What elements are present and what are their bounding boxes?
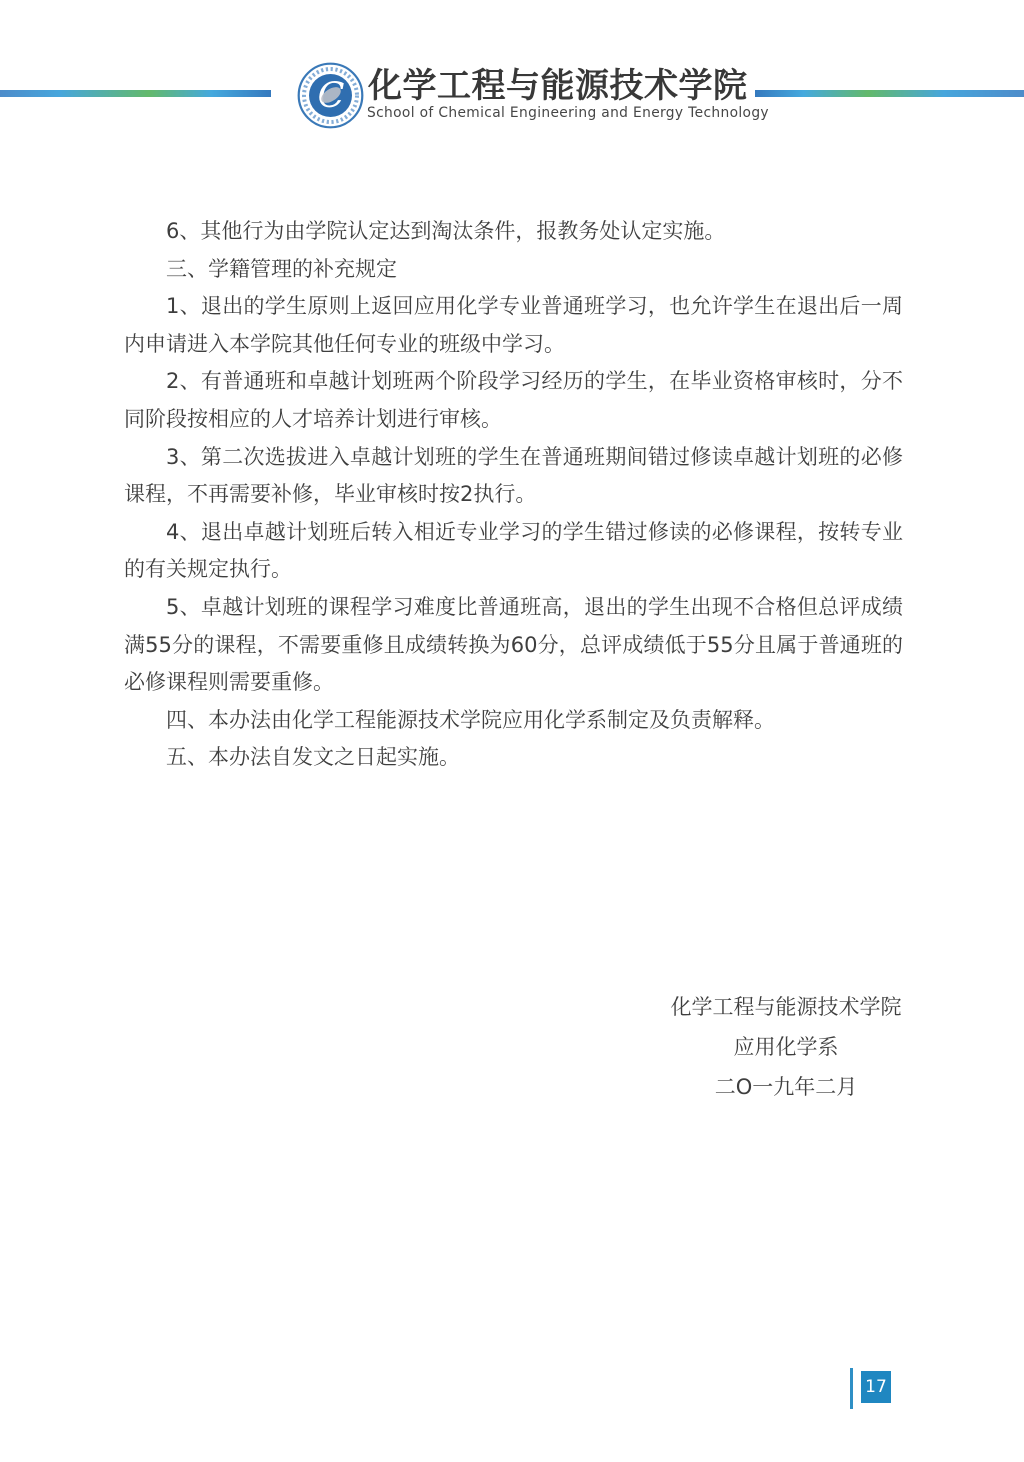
signature-line-date: 二O一九年二月 [640,1067,932,1107]
school-logo-svg: C [297,62,364,129]
school-logo-icon: C [297,62,364,129]
page-number-rule [850,1368,853,1409]
paragraph: 四、本办法由化学工程能源技术学院应用化学系制定及负责解释。 [124,702,903,740]
document-body: 6、其他行为由学院认定达到淘汰条件，报教务处认定实施。 三、学籍管理的补充规定 … [124,213,903,777]
signature-line-office: 应用化学系 [640,1027,932,1067]
paragraph: 2、有普通班和卓越计划班两个阶段学习经历的学生，在毕业资格审核时，分不同阶段按相… [124,363,903,438]
school-title-cn: 化学工程与能源技术学院 [368,58,768,107]
paragraph: 五、本办法自发文之日起实施。 [124,739,903,777]
paragraph: 三、学籍管理的补充规定 [124,251,903,289]
page-number-badge: 17 [861,1371,891,1403]
signature-block: 化学工程与能源技术学院 应用化学系 二O一九年二月 [640,987,932,1107]
document-page: C 化学工程与能源技术学院 School of Chemical Enginee… [0,0,1024,1462]
header-rule-right [755,90,1024,97]
header-rule-left [0,90,271,97]
signature-line-department: 化学工程与能源技术学院 [640,987,932,1027]
school-title-en: School of Chemical Engineering and Energ… [367,105,767,121]
paragraph: 3、第二次选拔进入卓越计划班的学生在普通班期间错过修读卓越计划班的必修课程，不再… [124,439,903,514]
paragraph: 5、卓越计划班的课程学习难度比普通班高，退出的学生出现不合格但总评成绩满55分的… [124,589,903,702]
paragraph: 1、退出的学生原则上返回应用化学专业普通班学习，也允许学生在退出后一周内申请进入… [124,288,903,363]
paragraph: 6、其他行为由学院认定达到淘汰条件，报教务处认定实施。 [124,213,903,251]
paragraph: 4、退出卓越计划班后转入相近专业学习的学生错过修读的必修课程，按转专业的有关规定… [124,514,903,589]
